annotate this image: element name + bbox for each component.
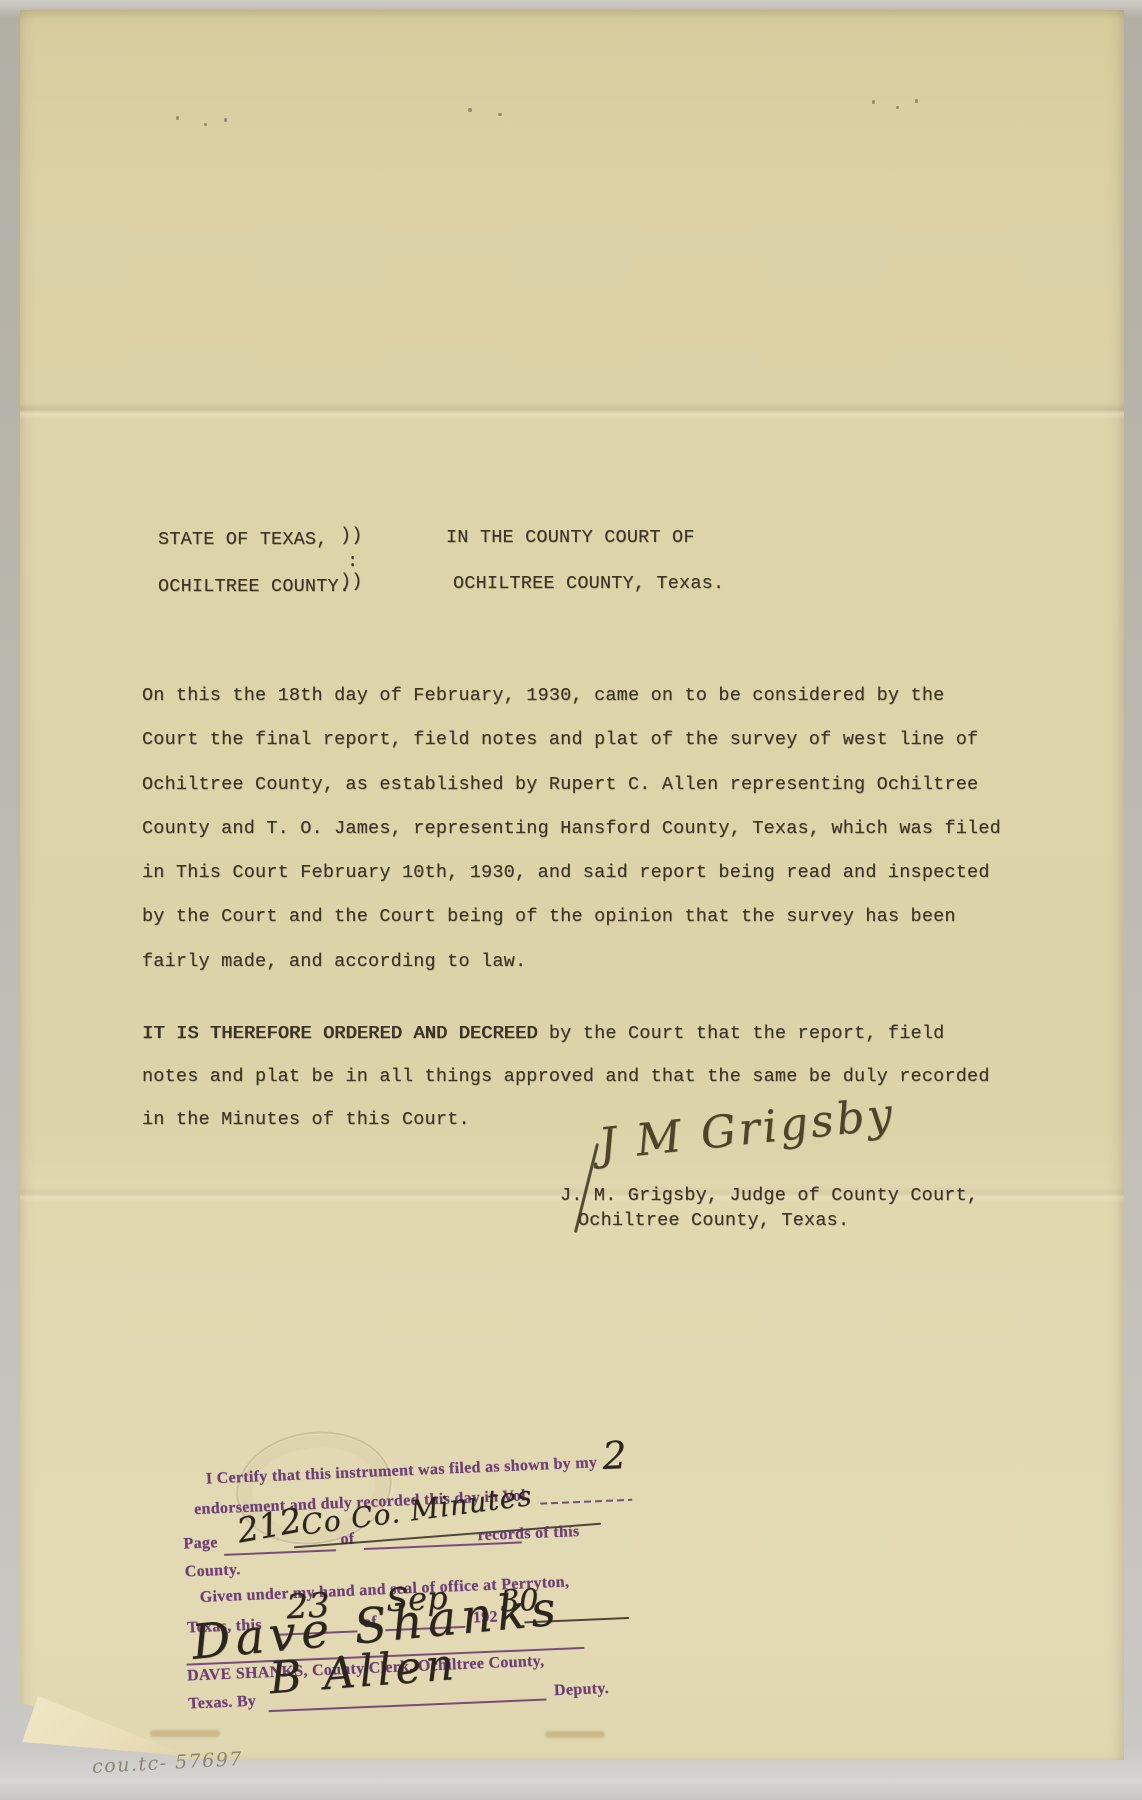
stamp-county-label: County. <box>184 1561 241 1581</box>
body-line: Court the final report, field notes and … <box>142 728 978 752</box>
ink-speck <box>224 118 227 122</box>
body-line: notes and plat be in all things approved… <box>142 1065 990 1089</box>
body-line: fairly made, and according to law. <box>142 950 526 974</box>
caption-state: STATE OF TEXAS, <box>158 528 328 552</box>
body-line: in This Court February 10th, 1930, and s… <box>142 861 990 885</box>
stamp-deputy-label: Deputy. <box>554 1680 610 1700</box>
decree-rest: by the Court that the report, field <box>538 1023 945 1044</box>
stain-smudge <box>545 1731 605 1738</box>
ink-speck <box>176 116 179 120</box>
ink-speck <box>204 123 207 126</box>
judge-name-typed: J. M. Grigsby, Judge of County Court, <box>560 1184 978 1208</box>
caption-court-line2: OCHILTREE COUNTY, Texas. <box>453 572 724 596</box>
body-line: in the Minutes of this Court. <box>142 1108 470 1132</box>
stamp-by-label: Texas. By <box>188 1693 257 1714</box>
stain-smudge <box>150 1730 220 1737</box>
ink-speck <box>498 113 502 116</box>
body-line: Ochiltree County, as established by Rupe… <box>142 773 978 797</box>
ink-speck <box>896 106 899 109</box>
filing-stamp: I Certify that this instrument was filed… <box>172 1438 661 1728</box>
stamp-certify-line: I Certify that this instrument was filed… <box>206 1454 598 1488</box>
stamp-vol-handwritten: 2 <box>601 1433 627 1478</box>
decree-phrase: IT IS THEREFORE ORDERED AND DECREED <box>142 1023 538 1044</box>
ink-speck <box>468 108 472 112</box>
caption-bracket-top: )) <box>340 524 363 548</box>
body-line: On this the 18th day of February, 1930, … <box>142 684 944 708</box>
stamp-records-label: records of this <box>477 1523 580 1545</box>
ink-speck <box>872 100 875 104</box>
caption-county: OCHILTREE COUNTY. <box>158 575 350 599</box>
body-line: by the Court and the Court being of the … <box>142 905 956 929</box>
caption-court-line1: IN THE COUNTY COURT OF <box>446 526 695 550</box>
ink-speck <box>915 99 918 103</box>
stamp-page-label: Page <box>183 1534 218 1553</box>
body-line: IT IS THEREFORE ORDERED AND DECREED by t… <box>142 1022 944 1046</box>
fold-crease-top <box>20 402 1124 420</box>
caption-bracket-bottom: )) <box>340 570 363 594</box>
body-line: County and T. O. James, representing Han… <box>142 817 1001 841</box>
stamp-vol-blank <box>540 1499 632 1505</box>
judge-county-typed: Ochiltree County, Texas. <box>578 1209 849 1233</box>
